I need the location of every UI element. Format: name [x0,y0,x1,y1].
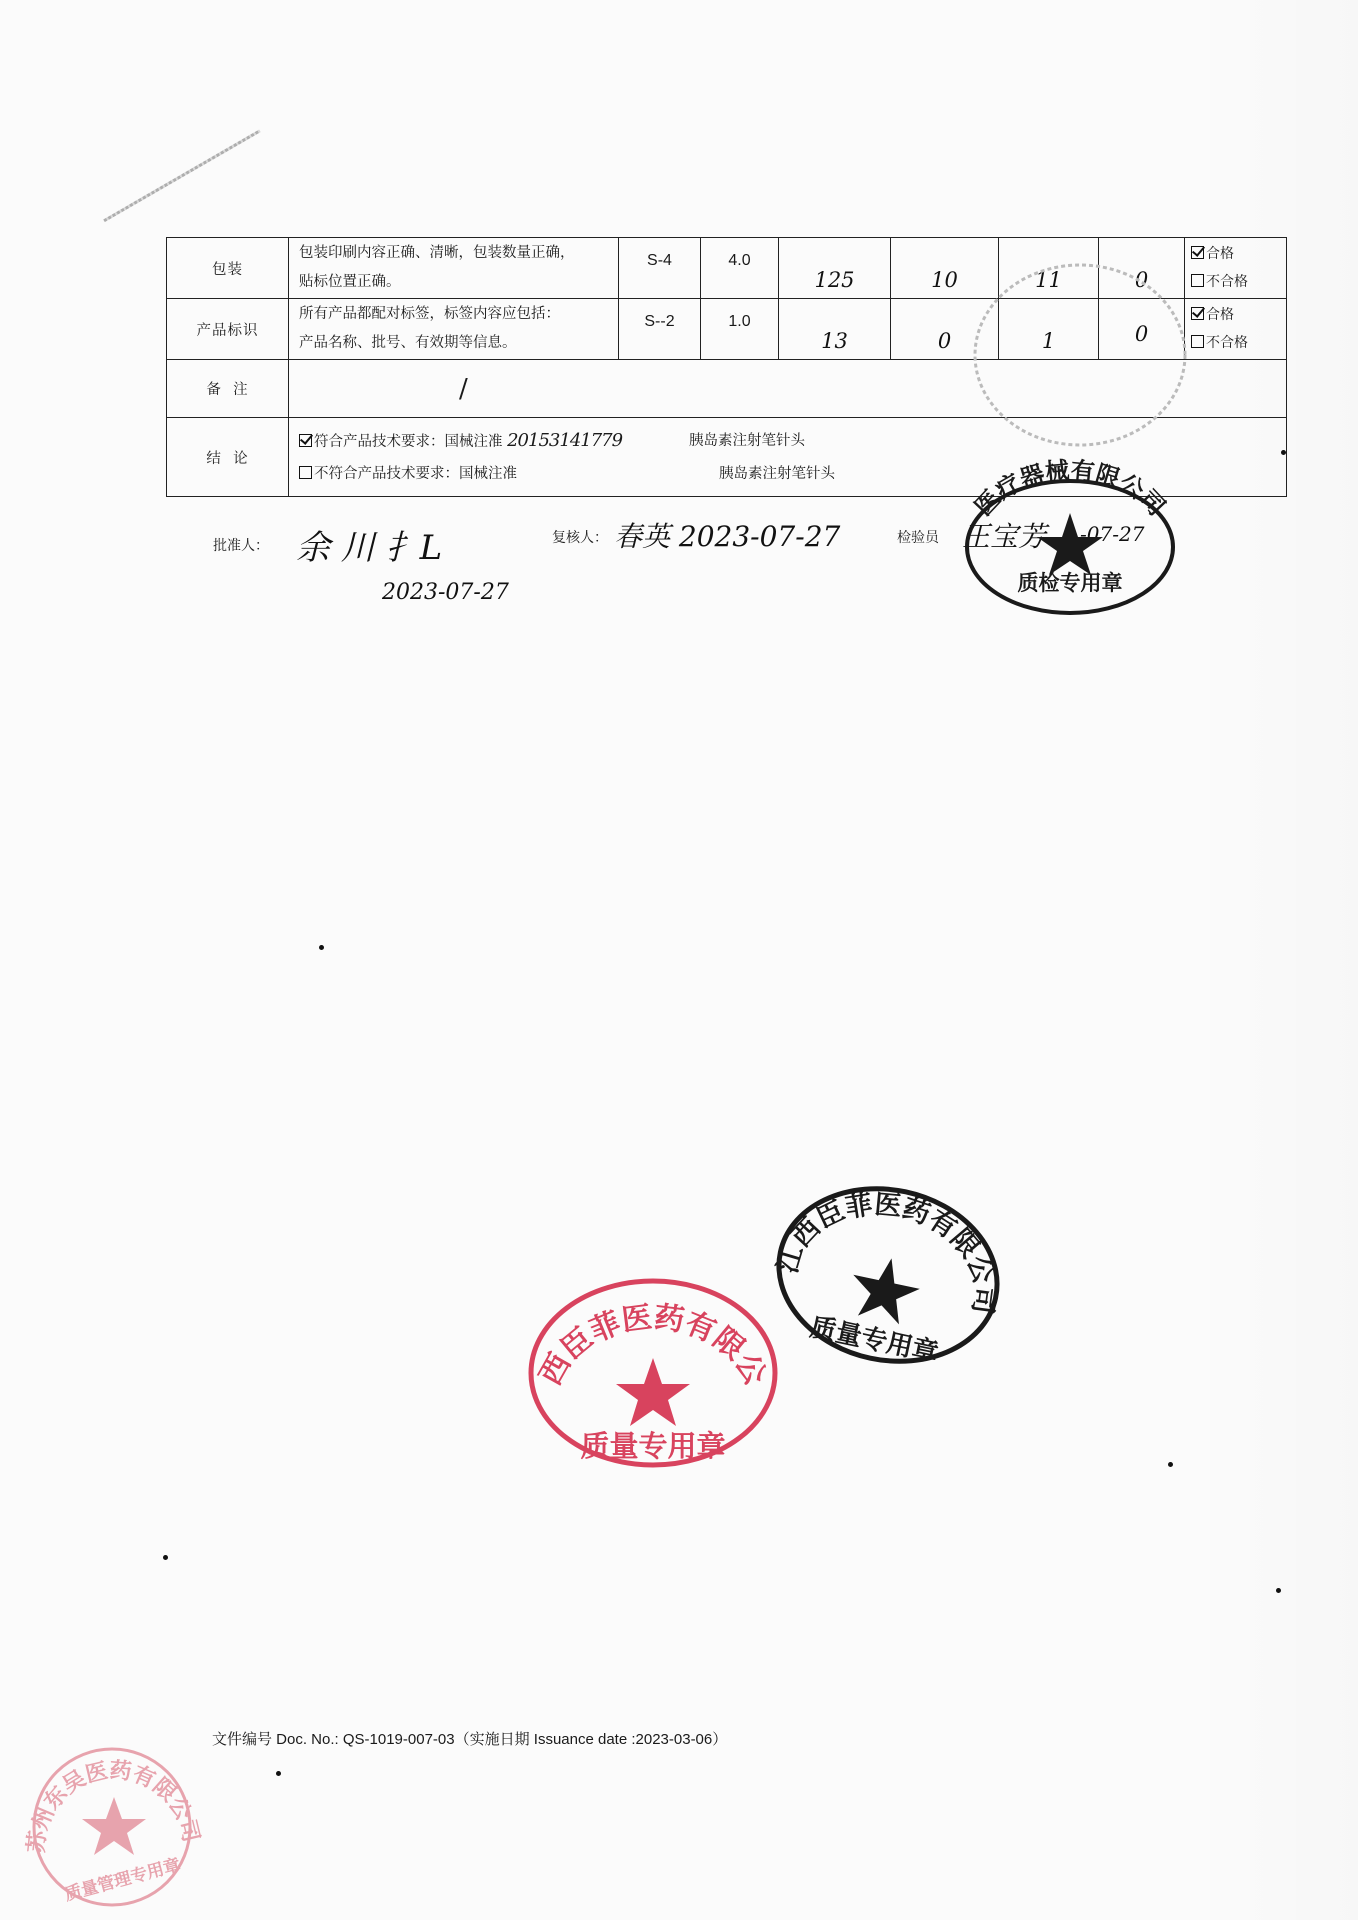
result-pass[interactable]: 合格 [1191,240,1286,268]
item-description: 所有产品都配对标签，标签内容应包括： 产品名称、批号、有效期等信息。 [289,299,619,360]
red-quality-stamp: 江西臣菲医药有限公司 质量专用章 [518,1268,788,1482]
item-description: 包装印刷内容正确、清晰，包装数量正确， 贴标位置正确。 [289,238,619,299]
black-quality-stamp: 江西臣菲医药有限公司 质量专用章 [768,1180,1008,1374]
checkbox-empty-icon[interactable] [299,466,312,479]
svg-text:江西臣菲医药有限公司: 江西臣菲医药有限公司 [518,1268,773,1391]
reviewer-label: 复核人： [552,527,608,547]
scan-fold-mark [103,129,260,222]
item-name: 产品标识 [167,299,289,360]
faded-stamp [960,250,1200,464]
inspection-level: S-4 [619,238,701,299]
reviewer-signature: 春英 2023-07-27 [614,515,840,555]
scan-speck [163,1555,168,1560]
approver-label: 批准人： [213,535,269,555]
item-name: 包装 [167,238,289,299]
doc-no: QS-1019-007-03 [343,1731,455,1748]
issuance-date: 2023-03-06 [636,1731,713,1748]
checkbox-checked-icon[interactable] [299,434,312,447]
document-footer: 文件编号 Doc. No.: QS-1019-007-03（实施日期 Issua… [212,1728,727,1749]
product-name: 胰岛素注射笔针头 [689,425,805,457]
result-fail[interactable]: 不合格 [1191,268,1286,296]
svg-text:医疗器械有限公司: 医疗器械有限公司 [969,457,1171,522]
svg-text:质检专用章: 质检专用章 [1018,571,1123,595]
svg-text:质量管理专用章: 质量管理专用章 [62,1854,182,1905]
inspector-label: 检验员 [897,527,939,547]
scan-speck [1281,450,1286,455]
scan-speck [276,1771,281,1776]
svg-text:质量专用章: 质量专用章 [580,1429,725,1463]
conclusion-label: 结 论 [167,418,289,497]
issuance-label: （实施日期 Issuance date : [455,1731,636,1748]
supplier-qc-stamp: 医疗器械有限公司 质检专用章 [955,455,1185,619]
remarks-label: 备 注 [167,360,289,418]
aql-value: 4.0 [701,238,779,299]
scan-speck [1168,1462,1173,1467]
corner-quality-stamp: 苏州东吴医药有限公司 质量管理专用章 [14,1735,204,1919]
product-name: 胰岛素注射笔针头 [719,458,835,490]
approver-date: 2023-07-27 [382,580,509,605]
sample-size: 13 [779,299,891,360]
aql-value: 1.0 [701,299,779,360]
sample-size: 125 [779,238,891,299]
inspection-level: S--2 [619,299,701,360]
scan-speck [319,945,324,950]
scan-speck [1276,1588,1281,1593]
approver-signature: 余 川 扌L [296,520,442,569]
registration-number: 20153141779 [507,430,622,451]
result-pass[interactable]: 合格 [1191,301,1286,329]
result-fail[interactable]: 不合格 [1191,329,1286,357]
doc-no-label: 文件编号 Doc. No.: [212,1731,339,1748]
